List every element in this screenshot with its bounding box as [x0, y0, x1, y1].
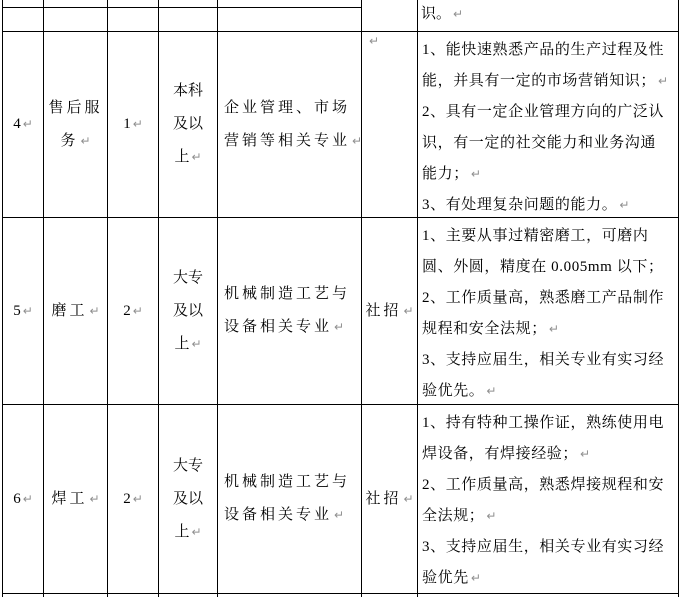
requirements-cell: 1、持有特种工操作证，熟练使用电焊设备，有焊接经验；↵2、工作质量高，熟悉焊接规…: [418, 405, 678, 593]
text-line: 大专: [173, 262, 203, 295]
paragraph-mark: ↵: [658, 74, 668, 88]
requirements-cell: 1、主要从事过精密磨工，可磨内圆、外圆，精度在 0.005mm 以下；2、工作质…: [418, 218, 678, 404]
major-cell: 机械制造工艺与设备相关专业↵: [218, 218, 361, 404]
text-line: 营销等相关专业↵: [224, 125, 362, 158]
grid-line-vertical: [678, 0, 679, 597]
text-line: 设备相关专业↵: [224, 499, 344, 532]
text-line: 2、工作质量高，熟悉焊接规程和安: [422, 470, 664, 501]
text-line: 社招↵: [365, 483, 413, 516]
headcount-cell: 1↵: [108, 32, 158, 217]
number-cell: 4↵: [3, 32, 43, 217]
recruit-type-cell: ↵: [362, 32, 417, 217]
text-line: 磨工↵: [51, 295, 99, 328]
paragraph-mark: ↵: [453, 7, 463, 21]
education-cell: 大专及以上↵: [159, 218, 217, 404]
recruit-type-cell: 社招↵: [362, 218, 417, 404]
document-page: 识。↵4↵售后服务↵1↵本科及以上↵企业管理、市场营销等相关专业↵↵1、能快速熟…: [0, 0, 681, 597]
paragraph-mark: ↵: [334, 320, 344, 334]
paragraph-mark: ↵: [403, 304, 413, 318]
text-line: 上↵: [174, 141, 201, 174]
text-line: 本科: [173, 75, 203, 108]
education-cell: 大专及以上↵: [159, 405, 217, 593]
paragraph-mark: ↵: [89, 492, 99, 506]
text-line: 机械制造工艺与: [224, 466, 350, 499]
text-line: 及以: [173, 108, 203, 141]
paragraph-mark: ↵: [191, 150, 201, 164]
text-line: 验优先↵: [422, 563, 481, 594]
text-line: 能力；↵: [422, 159, 481, 190]
paragraph-mark: ↵: [403, 492, 413, 506]
text-line: 能，并具有一定的市场营销知识；↵: [422, 66, 668, 97]
text-line: 上↵: [174, 328, 201, 361]
paragraph-mark: ↵: [352, 134, 362, 148]
paragraph-mark: ↵: [133, 492, 143, 506]
text-line: 上↵: [174, 516, 201, 549]
text-line: 4↵: [13, 108, 33, 141]
position-cell: 焊工↵: [44, 405, 107, 593]
paragraph-mark: ↵: [619, 198, 629, 212]
text-line: 及以: [173, 483, 203, 516]
text-line: 识，有一定的社交能力和业务沟通: [422, 128, 656, 159]
education-cell: 本科及以上↵: [159, 32, 217, 217]
recruit-type-cell: 社招↵: [362, 405, 417, 593]
text-line: 1、主要从事过精密磨工，可磨内: [422, 221, 649, 252]
paragraph-mark: ↵: [486, 384, 496, 398]
text-line: 焊工↵: [51, 483, 99, 516]
paragraph-mark: ↵: [549, 322, 559, 336]
position-cell: 售后服务↵: [44, 32, 107, 217]
text-line: 售后服: [48, 92, 102, 125]
paragraph-mark: ↵: [23, 117, 33, 131]
text-line: 焊设备，有焊接经验；↵: [422, 439, 590, 470]
text-line: 1、持有特种工操作证，熟练使用电: [422, 408, 664, 439]
text-line: 企业管理、市场: [224, 92, 350, 125]
text-line: 设备相关专业↵: [224, 311, 344, 344]
paragraph-mark: ↵: [89, 304, 99, 318]
text-line: 验优先。↵: [422, 376, 496, 407]
paragraph-mark: ↵: [580, 447, 590, 461]
text-line: 机械制造工艺与: [224, 278, 350, 311]
text-line: 2、具有一定企业管理方向的广泛认: [422, 97, 664, 128]
paragraph-mark: ↵: [471, 167, 481, 181]
paragraph-mark: ↵: [133, 117, 143, 131]
text-line: 1、能快速熟悉产品的生产过程及性: [422, 35, 664, 66]
text-line: 识。↵: [421, 0, 463, 28]
paragraph-mark: ↵: [334, 508, 344, 522]
text-line: 2↵: [123, 295, 143, 328]
paragraph-mark: ↵: [23, 304, 33, 318]
paragraph-mark: ↵: [191, 337, 201, 351]
text-line: 及以: [173, 295, 203, 328]
text-line: 3、有处理复杂问题的能力。↵: [422, 190, 629, 221]
paragraph-mark: ↵: [80, 134, 90, 148]
headcount-cell: 2↵: [108, 218, 158, 404]
text-line: 1↵: [123, 108, 143, 141]
position-cell: 磨工↵: [44, 218, 107, 404]
text-line: 大专: [173, 450, 203, 483]
major-cell: 企业管理、市场营销等相关专业↵: [218, 32, 361, 217]
paragraph-mark: ↵: [471, 571, 481, 585]
paragraph-mark: ↵: [191, 525, 201, 539]
text-line: 规程和安全法规；↵: [422, 314, 559, 345]
grid-line-horizontal-partial: [2, 7, 361, 8]
text-line: 务↵: [60, 125, 90, 158]
text-line: 6↵: [13, 483, 33, 516]
major-cell: 机械制造工艺与设备相关专业↵: [218, 405, 361, 593]
paragraph-mark: ↵: [486, 509, 496, 523]
text-line: 3、支持应届生，相关专业有实习经: [422, 532, 664, 563]
grid-line-horizontal: [2, 593, 679, 594]
text-line: 圆、外圆，精度在 0.005mm 以下；: [422, 252, 664, 283]
partial-requirements-cell: 识。↵: [421, 0, 677, 30]
text-line: 社招↵: [365, 295, 413, 328]
text-line: 3、支持应届生，相关专业有实习经: [422, 345, 664, 376]
number-cell: 6↵: [3, 405, 43, 593]
paragraph-mark: ↵: [133, 304, 143, 318]
text-line: 2、工作质量高，熟悉磨工产品制作: [422, 283, 664, 314]
number-cell: 5↵: [3, 218, 43, 404]
headcount-cell: 2↵: [108, 405, 158, 593]
text-line: 5↵: [13, 295, 33, 328]
requirements-cell: 1、能快速熟悉产品的生产过程及性能，并具有一定的市场营销知识；↵2、具有一定企业…: [418, 32, 678, 217]
paragraph-mark: ↵: [23, 492, 33, 506]
text-line: 全法规；↵: [422, 501, 496, 532]
text-line: 2↵: [123, 483, 143, 516]
paragraph-mark: ↵: [369, 34, 379, 48]
